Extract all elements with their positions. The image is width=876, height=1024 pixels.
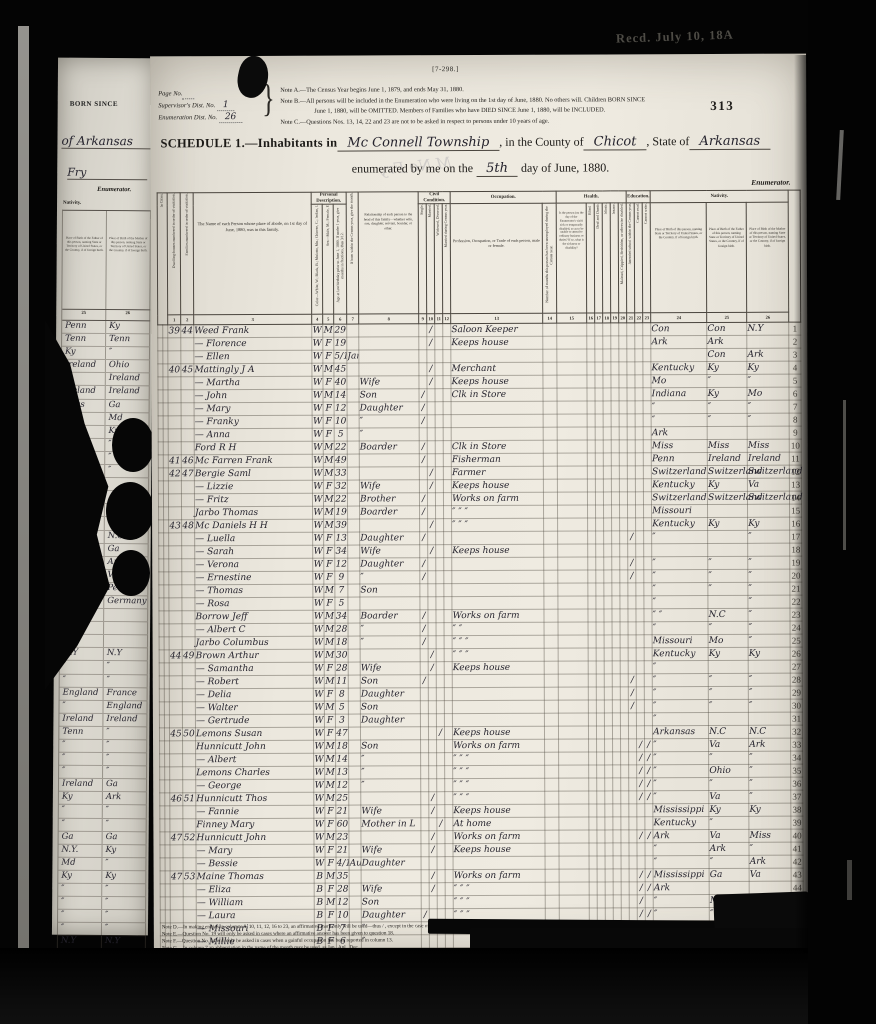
cell-months-unemployed	[544, 609, 558, 622]
cell-occupation: Keeps house	[451, 375, 543, 388]
cell-cannot-write	[643, 414, 651, 427]
column-number: 16	[587, 313, 595, 323]
cell-father-birthplace	[709, 881, 749, 894]
cell-widowed-mark	[437, 870, 445, 883]
cell-occupation: Keeps house	[451, 479, 543, 492]
fragment-cell: ″	[102, 910, 146, 922]
cell-widowed-mark	[435, 363, 443, 376]
cell-father-birthplace: ″	[708, 673, 748, 686]
cell-cannot-read: /	[637, 791, 645, 804]
cell-sickness	[559, 869, 589, 882]
cell-father-birthplace: Va	[709, 829, 749, 842]
cell-maimed	[619, 466, 627, 479]
column-number: 19	[611, 313, 619, 323]
cell-cannot-read	[637, 726, 645, 739]
cell-blind	[587, 466, 595, 479]
cell-cannot-read: /	[637, 908, 645, 921]
cell-birth-month	[349, 818, 361, 831]
cell-father-birthplace: N.C	[708, 608, 748, 621]
cell-name: — Eliza	[196, 883, 314, 897]
fragment-row: ″″	[58, 884, 146, 898]
fragment-row: Ky″	[62, 347, 150, 361]
cell-attended-school	[628, 544, 636, 557]
cell-family-number	[181, 377, 194, 390]
cell-sex: M	[324, 701, 335, 714]
cell-father-birthplace	[708, 660, 748, 673]
cell-married-mark: /	[428, 649, 436, 662]
cell-birthplace: Mississippi	[653, 869, 709, 882]
cell-blind	[589, 895, 597, 908]
cell-birthplace: ″	[653, 752, 709, 765]
cell-name: — Albert C	[195, 623, 313, 637]
column-number: 6	[334, 314, 347, 324]
column-number: 15	[557, 313, 587, 323]
cell-insane	[612, 687, 620, 700]
cell-occupation: Keeps house	[452, 661, 544, 674]
cell-insane	[612, 648, 620, 661]
cell-sex: F	[323, 480, 334, 493]
cell-sickness	[557, 427, 587, 440]
cell-relationship: ″	[361, 779, 421, 792]
cell-relationship: Daughter	[360, 558, 420, 571]
cell-cannot-read	[636, 531, 644, 544]
cell-color: W	[312, 324, 323, 337]
fragment-row: ″″	[58, 897, 146, 911]
cell-blind	[588, 557, 596, 570]
cell-attended-school	[627, 388, 635, 401]
column-number: 25	[707, 312, 747, 322]
cell-blind	[588, 518, 596, 531]
cell-color: B	[314, 870, 325, 883]
cell-cannot-read	[636, 583, 644, 596]
cell-married-census-year	[444, 623, 452, 636]
cell-mother-birthplace	[749, 712, 791, 725]
cell-cannot-read	[637, 856, 645, 869]
cell-maimed	[621, 908, 629, 921]
cell-relationship: ″	[361, 766, 421, 779]
cell-blind	[589, 856, 597, 869]
cell-married-mark: /	[429, 870, 437, 883]
cell-sickness	[557, 362, 587, 375]
cell-dwelling-number: 45	[169, 728, 182, 741]
cell-color: W	[313, 688, 324, 701]
column-number: 11	[435, 314, 443, 324]
cell-cannot-read	[636, 557, 644, 570]
fragment-row: IrelandOhio	[62, 360, 150, 374]
cell-married-census-year	[443, 363, 451, 376]
cell-cannot-write: /	[645, 908, 653, 921]
fragment-row: ″″	[60, 674, 148, 688]
cell-cannot-write	[643, 349, 651, 362]
cell-birthplace: Mo	[651, 375, 707, 388]
cell-married-mark	[429, 727, 437, 740]
cell-married-mark	[429, 857, 437, 870]
cell-attended-school: /	[628, 674, 636, 687]
cell-blind	[589, 713, 597, 726]
cell-father-birthplace: ″	[708, 699, 748, 712]
cell-insane	[613, 830, 621, 843]
cell-single-mark	[419, 363, 427, 376]
cell-cannot-write	[644, 570, 652, 583]
cell-mother-birthplace: Miss	[749, 829, 791, 842]
cell-sickness	[557, 440, 587, 453]
cell-blind	[587, 323, 595, 336]
cell-widowed-mark	[436, 649, 444, 662]
fragment-row: EnglandFrance	[60, 687, 148, 701]
cell-cannot-write	[645, 726, 653, 739]
cell-married-census-year	[444, 519, 452, 532]
cell-deaf-and-dumb	[597, 882, 605, 895]
cell-age: 19	[334, 337, 347, 350]
cell-idiotic	[603, 466, 611, 479]
cell-mother-birthplace: Ky	[748, 517, 790, 530]
column-number: 7	[347, 314, 359, 324]
cell-birth-month	[349, 727, 361, 740]
cell-name: — Ernestine	[195, 571, 313, 585]
cell-relationship: Daughter	[360, 714, 420, 727]
cell-age: 34	[335, 610, 348, 623]
cell-months-unemployed	[543, 453, 557, 466]
cell-birth-month	[349, 831, 361, 844]
cell-cannot-read	[636, 609, 644, 622]
cell-relationship: Son	[360, 675, 420, 688]
cell-widowed-mark	[437, 857, 445, 870]
cell-cannot-read	[635, 466, 643, 479]
cell-deaf-and-dumb	[597, 739, 605, 752]
cell-sex: M	[323, 324, 334, 337]
cell-name: Borrow Jeff	[195, 610, 313, 624]
cell-occupation: Keeps house	[453, 843, 545, 856]
cell-birth-month	[349, 870, 361, 883]
column-number: 24	[651, 313, 707, 323]
cell-birth-month	[348, 532, 360, 545]
fragment-cell: ″	[59, 740, 103, 752]
cell-age: 5	[335, 597, 348, 610]
cell-occupation	[452, 713, 544, 726]
cell-age: 8	[335, 688, 348, 701]
cell-idiotic	[605, 895, 613, 908]
cell-occupation: ″ ″ ″	[452, 635, 544, 648]
cell-cannot-write	[643, 336, 651, 349]
cell-name: Hunnicutt Thos	[196, 792, 314, 806]
fragment-cell: Ky	[59, 792, 103, 804]
cell-relationship	[361, 870, 421, 883]
cell-attended-school	[627, 401, 635, 414]
cell-idiotic	[604, 635, 612, 648]
cell-sickness	[559, 713, 589, 726]
cell-attended-school	[629, 752, 637, 765]
cell-idiotic	[605, 791, 613, 804]
cell-mother-birthplace: ″	[749, 842, 791, 855]
cell-maimed	[621, 856, 629, 869]
cell-birthplace: ″	[652, 674, 708, 687]
cell-sex: M	[325, 766, 336, 779]
cell-idiotic	[604, 544, 612, 557]
cell-cannot-read	[636, 596, 644, 609]
cell-color: W	[313, 623, 324, 636]
cell-married-mark	[428, 636, 436, 649]
cell-occupation	[451, 414, 543, 427]
cell-occupation: Farmer	[451, 466, 543, 479]
cell-blind	[587, 336, 595, 349]
cell-insane	[612, 570, 620, 583]
cell-married-census-year	[445, 870, 453, 883]
column-number: 10	[427, 314, 435, 324]
cell-widowed-mark	[435, 389, 443, 402]
column-number: 18	[603, 313, 611, 323]
cell-relationship: Daughter	[361, 857, 421, 870]
cell-occupation	[452, 570, 544, 583]
cell-widowed-mark	[437, 805, 445, 818]
cell-color: W	[312, 480, 323, 493]
cell-name: — William	[196, 896, 314, 910]
cell-name: — Verona	[195, 558, 313, 572]
cell-maimed	[620, 674, 628, 687]
cell-sickness	[557, 336, 587, 349]
cell-age: 30	[335, 649, 348, 662]
cell-insane	[613, 765, 621, 778]
cell-married-census-year	[444, 688, 452, 701]
cell-birthplace: Miss	[651, 440, 707, 453]
cell-birth-month	[349, 909, 361, 922]
cell-months-unemployed	[543, 349, 557, 362]
cell-widowed-mark	[435, 454, 443, 467]
cell-relationship: Boarder	[359, 441, 419, 454]
cell-family-number	[182, 676, 195, 689]
cell-birth-month	[348, 610, 360, 623]
cell-birth-month	[349, 883, 361, 896]
cell-cannot-write	[644, 700, 652, 713]
cell-married-mark	[429, 740, 437, 753]
fragment-cell: ″	[102, 858, 146, 870]
cell-blind	[589, 830, 597, 843]
cell-widowed-mark	[436, 701, 444, 714]
cell-months-unemployed	[543, 401, 557, 414]
cell-dwelling-number	[169, 702, 182, 715]
enumerated-label: enumerated by me on the	[352, 161, 473, 176]
cell-insane	[613, 895, 621, 908]
cell-married-census-year	[445, 727, 453, 740]
cell-attended-school	[628, 505, 636, 518]
cell-married-mark	[429, 766, 437, 779]
cell-insane	[611, 479, 619, 492]
cell-idiotic	[604, 700, 612, 713]
cell-single-mark	[421, 883, 429, 896]
cell-single-mark	[421, 870, 429, 883]
ink-smear	[470, 928, 810, 950]
cell-insane	[613, 882, 621, 895]
cell-father-birthplace: Ky	[708, 517, 748, 530]
cell-color: W	[314, 818, 325, 831]
cell-cannot-read: /	[637, 739, 645, 752]
cell-widowed-mark	[436, 688, 444, 701]
cell-months-unemployed	[543, 388, 557, 401]
cell-maimed	[620, 531, 628, 544]
fragment-row: KyKy	[58, 871, 146, 885]
cell-married-mark	[427, 441, 435, 454]
cell-relationship: Brother	[359, 493, 419, 506]
cell-idiotic	[604, 570, 612, 583]
column-number: 3	[194, 314, 312, 325]
cell-birth-month	[348, 584, 360, 597]
cell-occupation	[451, 349, 543, 362]
cell-widowed-mark	[436, 584, 444, 597]
fragment-state-handwriting: of Arkansas	[61, 134, 151, 150]
cell-deaf-and-dumb	[596, 609, 604, 622]
cell-father-birthplace: Ky	[707, 361, 747, 374]
book-edge-strip	[18, 26, 29, 1010]
cell-father-birthplace: ″	[709, 855, 749, 868]
cell-sickness	[559, 804, 589, 817]
bottom-black-band	[0, 948, 876, 1024]
cell-married-census-year	[443, 389, 451, 402]
cell-months-unemployed	[543, 323, 557, 336]
cell-family-number	[183, 845, 196, 858]
fragment-cell: Ga	[103, 779, 147, 791]
cell-deaf-and-dumb	[596, 518, 604, 531]
cell-deaf-and-dumb	[595, 401, 603, 414]
cell-insane	[613, 856, 621, 869]
cell-blind	[588, 661, 596, 674]
cell-color: W	[312, 402, 323, 415]
cell-maimed	[619, 362, 627, 375]
cell-married-census-year	[443, 441, 451, 454]
cell-blind	[588, 596, 596, 609]
cell-birth-month	[347, 493, 359, 506]
cell-blind	[589, 882, 597, 895]
cell-dwelling-number: 43	[169, 520, 182, 533]
cell-idiotic	[605, 804, 613, 817]
cell-birthplace: ″	[653, 791, 709, 804]
cell-sex: M	[323, 467, 334, 480]
cell-months-unemployed	[543, 440, 557, 453]
cell-married-mark	[428, 610, 436, 623]
cell-insane	[611, 323, 619, 336]
cell-sex: F	[323, 402, 334, 415]
cell-sickness	[557, 323, 587, 336]
cell-occupation: ″ ″ ″	[452, 505, 544, 518]
cell-cannot-write	[645, 804, 653, 817]
cell-attended-school	[629, 817, 637, 830]
cell-single-mark: /	[420, 532, 428, 545]
fragment-cell: Ireland	[106, 373, 150, 385]
cell-mother-birthplace: ″	[749, 790, 791, 803]
cell-dwelling-number	[168, 403, 181, 416]
cell-married-mark	[427, 350, 435, 363]
header-birthplace: Place of Birth of this person, naming St…	[650, 203, 706, 313]
cell-mother-birthplace: ″	[748, 595, 790, 608]
cell-family-number	[182, 663, 195, 676]
cell-relationship: Wife	[361, 805, 421, 818]
cell-birth-month	[348, 545, 360, 558]
census-schedule-page: [7-298.] 313 Page No. Supervisor's Dist.…	[150, 54, 810, 955]
fragment-cell: ″	[103, 727, 147, 739]
cell-father-birthplace: ″	[709, 816, 749, 829]
cell-age: 35	[336, 870, 349, 883]
scanned-census-page: BORN SINCE of Arkansas Fry Enumerator. N…	[0, 0, 876, 1024]
cell-cannot-read	[636, 570, 644, 583]
cell-cannot-read	[635, 401, 643, 414]
cell-blind	[587, 375, 595, 388]
cell-single-mark	[421, 805, 429, 818]
cell-father-birthplace: Ky	[708, 478, 748, 491]
cell-color: B	[314, 896, 325, 909]
cell-sex: M	[324, 623, 335, 636]
fragment-cell: ″	[104, 661, 148, 673]
cell-months-unemployed	[544, 635, 558, 648]
cell-married-mark	[428, 558, 436, 571]
cell-idiotic	[604, 596, 612, 609]
cell-name: Bergie Saml	[194, 467, 312, 481]
cell-birthplace: Mississippi	[653, 804, 709, 817]
cell-blind	[587, 362, 595, 375]
cell-widowed-mark: /	[437, 818, 445, 831]
cell-sex: F	[325, 805, 336, 818]
cell-single-mark	[420, 662, 428, 675]
cell-birth-month	[348, 636, 360, 649]
cell-birthplace: ″	[652, 557, 708, 570]
schedule-title-line: SCHEDULE 1.—Inhabitants in Mc Connell To…	[160, 134, 802, 153]
cell-family-number	[182, 546, 195, 559]
cell-mother-birthplace: Ky	[748, 647, 790, 660]
cell-occupation: ″ ″ ″	[453, 752, 545, 765]
cell-sex: M	[323, 454, 334, 467]
cell-maimed	[620, 648, 628, 661]
cell-mother-birthplace: Switzerland	[747, 465, 789, 478]
cell-cannot-read: /	[637, 830, 645, 843]
cell-family-number	[181, 416, 194, 429]
cell-relationship	[359, 454, 419, 467]
cell-name: Brown Arthur	[195, 649, 313, 663]
cell-deaf-and-dumb	[597, 856, 605, 869]
cell-attended-school: /	[628, 570, 636, 583]
cell-age: 12	[335, 558, 348, 571]
cell-dwelling-number	[170, 910, 183, 923]
cell-insane	[612, 505, 620, 518]
cell-cannot-write	[644, 674, 652, 687]
cell-relationship: ″	[359, 415, 419, 428]
cell-occupation: ″ ″	[452, 622, 544, 635]
cell-insane	[612, 544, 620, 557]
cell-single-mark	[420, 688, 428, 701]
column-number: 4	[312, 314, 323, 324]
cell-occupation: Works on farm	[452, 609, 544, 622]
cell-months-unemployed	[545, 843, 559, 856]
cell-age: 13	[335, 532, 348, 545]
cell-blind	[589, 817, 597, 830]
cell-birth-month	[347, 389, 359, 402]
cell-family-number	[183, 819, 196, 832]
cell-birthplace: Kentucky	[652, 518, 708, 531]
cell-months-unemployed	[544, 570, 558, 583]
cell-widowed-mark	[435, 324, 443, 337]
cell-occupation	[452, 674, 544, 687]
cell-single-mark	[420, 519, 428, 532]
cell-sickness	[558, 492, 588, 505]
cell-idiotic	[604, 505, 612, 518]
cell-widowed-mark	[436, 506, 444, 519]
cell-age: 5	[334, 428, 347, 441]
cell-idiotic	[603, 440, 611, 453]
cell-family-number	[182, 702, 195, 715]
cell-color: W	[312, 415, 323, 428]
cell-dwelling-number	[169, 624, 182, 637]
cell-cannot-write: /	[645, 791, 653, 804]
cell-married-census-year	[445, 779, 453, 792]
cell-family-number	[181, 442, 194, 455]
cell-dwelling-number: 42	[168, 468, 181, 481]
cell-sickness	[559, 843, 589, 856]
